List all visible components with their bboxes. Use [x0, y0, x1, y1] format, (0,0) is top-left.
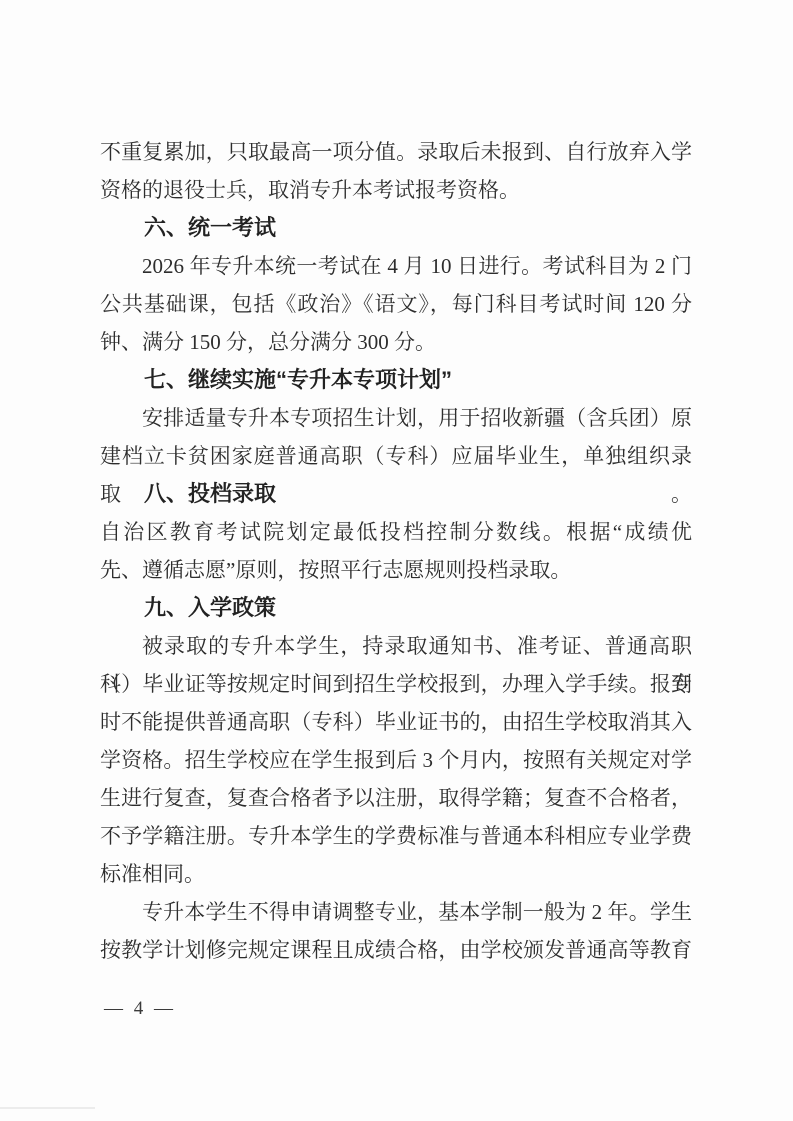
- body-line: 公共基础课，包括《政治》《语文》，每门科目考试时间 120 分: [100, 285, 692, 323]
- body-line: 按教学计划修完规定课程且成绩合格，由学校颁发普通高等教育: [100, 931, 692, 969]
- body-line: 不予学籍注册。专升本学生的学费标准与普通本科相应专业学费: [100, 817, 692, 855]
- section-heading-7: 七、继续实施“专升本专项计划”: [100, 361, 692, 399]
- body-line: 先、遵循志愿”原则，按照平行志愿规则投档录取。: [100, 551, 692, 589]
- scanned-document-page: 不重复累加，只取最高一项分值。录取后未报到、自行放弃入学 资格的退役士兵，取消专…: [0, 0, 793, 1121]
- section-heading-6: 六、统一考试: [100, 209, 692, 247]
- body-line: 生进行复查，复查合格者予以注册，取得学籍；复查不合格者，: [100, 779, 692, 817]
- body-line: 安排适量专升本专项招生计划，用于招收新疆（含兵团）原: [100, 399, 692, 437]
- body-line: 时不能提供普通高职（专科）毕业证书的，由招生学校取消其入: [100, 703, 692, 741]
- page-number: — 4 —: [104, 996, 176, 1022]
- body-line: 钟、满分 150 分，总分满分 300 分。: [100, 323, 692, 361]
- body-line: 资格的退役士兵，取消专升本考试报考资格。: [100, 171, 692, 209]
- section-heading-9: 九、入学政策: [100, 589, 692, 627]
- body-line: 建档立卡贫困家庭普通高职（专科）应届毕业生，单独组织录取。: [100, 437, 692, 475]
- body-line: 被录取的专升本学生，持录取通知书、准考证、普通高职（专: [100, 627, 692, 665]
- body-line: 专升本学生不得申请调整专业，基本学制一般为 2 年。学生: [100, 893, 692, 931]
- body-line: 不重复累加，只取最高一项分值。录取后未报到、自行放弃入学: [100, 133, 692, 171]
- body-line: 科）毕业证等按规定时间到招生学校报到，办理入学手续。报到: [100, 665, 692, 703]
- body-line: 学资格。招生学校应在学生报到后 3 个月内，按照有关规定对学: [100, 741, 692, 779]
- body-line: 2026 年专升本统一考试在 4 月 10 日进行。考试科目为 2 门: [100, 247, 692, 285]
- body-line: 自治区教育考试院划定最低投档控制分数线。根据“成绩优: [100, 513, 692, 551]
- scan-artifact-line: [0, 1107, 95, 1109]
- document-body: 不重复累加，只取最高一项分值。录取后未报到、自行放弃入学 资格的退役士兵，取消专…: [100, 133, 692, 969]
- body-line: 标准相同。: [100, 855, 692, 893]
